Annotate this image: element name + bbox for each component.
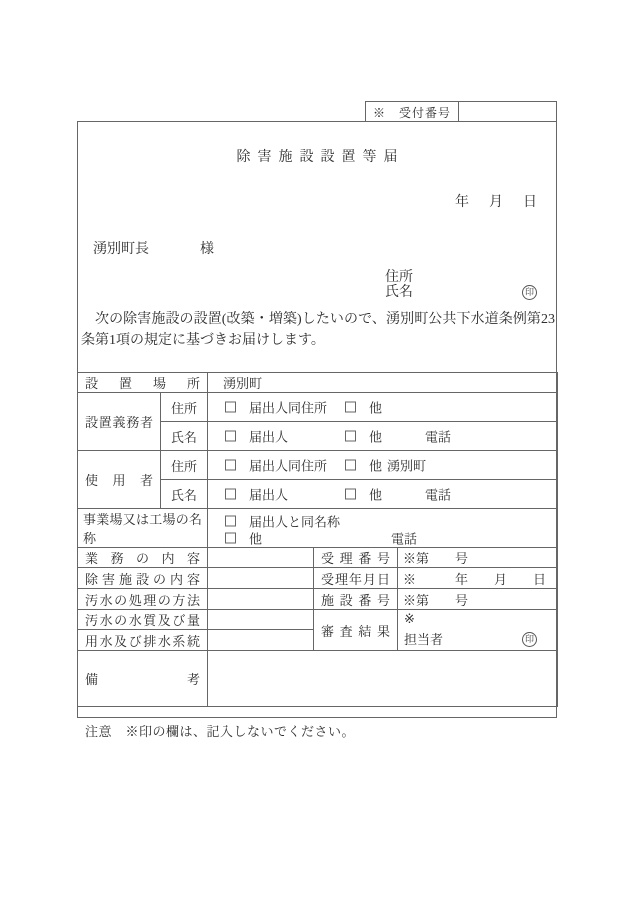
row-business-name: 事業場又は工場の名称 届出人と同名称 他 電話 (78, 509, 558, 548)
obligor-declarant-option: 届出人 (249, 427, 288, 446)
location-value: 湧別町 (208, 373, 558, 393)
treatment-method-label: 汚水の処理の方法 (78, 589, 208, 610)
checkbox-user-other-name[interactable] (345, 489, 356, 500)
row-facility-content: 除害施設の内容 受理年月日 ※ 年 月 日 (78, 568, 558, 589)
acceptance-no-value: ※第 号 (398, 548, 558, 568)
recipient-name: 湧別町長 (93, 238, 149, 258)
obligor-label: 設置義務者 (78, 393, 161, 451)
drainage-system-label: 用水及び排水系統 (78, 630, 208, 651)
review-result-cell: ※ 担当者 印 (398, 610, 558, 651)
obligor-name-label: 氏名 (161, 422, 208, 451)
form-document: ※ 受付番号 除害施設設置等届 年 月 日 湧別町長 様 住所 氏名 印 次の除… (0, 0, 630, 915)
date-line: 年 月 日 (455, 191, 540, 211)
facility-no-label: 施設番号 (314, 589, 398, 610)
reception-number-field (459, 102, 556, 122)
user-phone-label: 電話 (425, 485, 451, 504)
user-name-label: 氏名 (161, 480, 208, 509)
form-table: 設置場所 湧別町 設置義務者 住所 届出人同住所 他 氏名 (77, 372, 558, 707)
acceptance-date-label: 受理年月日 (314, 568, 398, 589)
treatment-method-field (208, 589, 314, 610)
user-label: 使用者 (78, 451, 161, 509)
drainage-system-field (208, 630, 314, 651)
acceptance-no-label: 受理番号 (314, 548, 398, 568)
remarks-label: 備考 (78, 651, 208, 707)
business-other-name-option: 他 (249, 528, 262, 547)
checkbox-user-same-address[interactable] (225, 460, 236, 471)
recipient-line: 湧別町長 様 (78, 238, 556, 254)
obligor-address-options: 届出人同住所 他 (208, 393, 557, 421)
user-address-options: 届出人同住所 他 湧別町 (208, 451, 557, 479)
checkbox-business-same-name[interactable] (225, 515, 236, 526)
location-label: 設置場所 (78, 373, 208, 393)
row-location: 設置場所 湧別町 (78, 373, 558, 393)
row-business-content: 業務の内容 受理番号 ※第 号 (78, 548, 558, 568)
acceptance-date-value: ※ 年 月 日 (398, 568, 558, 589)
remarks-field (208, 651, 558, 707)
declarant-address-label: 住所 (385, 270, 413, 285)
business-name-label: 事業場又は工場の名称 (78, 509, 208, 548)
water-quality-field (208, 610, 314, 630)
form-title: 除害施設設置等届 (78, 146, 556, 166)
row-user-address: 使用者 住所 届出人同住所 他 湧別町 (78, 451, 558, 480)
user-other-name-option: 他 (369, 485, 382, 504)
obligor-other-address-option: 他 (369, 398, 382, 417)
checkbox-user-declarant[interactable] (225, 489, 236, 500)
facility-content-label: 除害施設の内容 (78, 568, 208, 589)
obligor-address-label: 住所 (161, 393, 208, 422)
row-obligor-address: 設置義務者 住所 届出人同住所 他 (78, 393, 558, 422)
row-treatment-method: 汚水の処理の方法 施設番号 ※第 号 (78, 589, 558, 610)
body-paragraph: 次の除害施設の設置(改築・増築)したいので、湧別町公共下水道条例第23条第1項の… (81, 309, 555, 351)
footer-note: 注意 ※印の欄は、記入しないでください。 (85, 721, 355, 740)
checkbox-obligor-other-address[interactable] (345, 402, 356, 413)
review-seal-icon: 印 (522, 632, 537, 647)
business-content-field (208, 548, 314, 568)
user-declarant-option: 届出人 (249, 485, 288, 504)
business-phone-label: 電話 (391, 528, 417, 547)
declarant-name-label: 氏名 (385, 285, 413, 300)
checkbox-user-other-address[interactable] (345, 460, 356, 471)
business-same-name-option: 届出人と同名称 (249, 511, 340, 530)
recipient-honorific: 様 (200, 238, 214, 258)
user-other-address-option: 他 (369, 456, 382, 475)
row-water-quality: 汚水の水質及び量 審査結果 ※ 担当者 印 (78, 610, 558, 630)
review-mark: ※ (404, 611, 415, 627)
form-frame: 除害施設設置等届 年 月 日 湧別町長 様 住所 氏名 印 次の除害施設の設置(… (77, 121, 557, 718)
obligor-phone-label: 電話 (425, 427, 451, 446)
facility-no-value: ※第 号 (398, 589, 558, 610)
checkbox-business-other-name[interactable] (225, 532, 236, 543)
checkbox-obligor-same-address[interactable] (225, 402, 236, 413)
row-remarks: 備考 (78, 651, 558, 707)
checkbox-obligor-other-name[interactable] (345, 431, 356, 442)
business-content-label: 業務の内容 (78, 548, 208, 568)
facility-content-field (208, 568, 314, 589)
review-label: 審査結果 (314, 610, 398, 651)
reception-number-label: ※ 受付番号 (366, 102, 459, 122)
business-name-options: 届出人と同名称 他 電話 (208, 509, 557, 547)
checkbox-obligor-declarant[interactable] (225, 431, 236, 442)
obligor-same-address-option: 届出人同住所 (249, 398, 327, 417)
water-quality-label: 汚水の水質及び量 (78, 610, 208, 630)
user-same-address-option: 届出人同住所 (249, 456, 327, 475)
declarant-seal-icon: 印 (522, 285, 537, 300)
user-address-town: 湧別町 (387, 456, 426, 475)
reception-number-box: ※ 受付番号 (365, 101, 557, 122)
obligor-other-name-option: 他 (369, 427, 382, 446)
declarant-block: 住所 氏名 (385, 270, 413, 300)
user-address-label: 住所 (161, 451, 208, 480)
user-name-options: 届出人 他 電話 (208, 480, 557, 508)
review-staff-label: 担当者 (404, 629, 443, 648)
obligor-name-options: 届出人 他 電話 (208, 422, 557, 450)
